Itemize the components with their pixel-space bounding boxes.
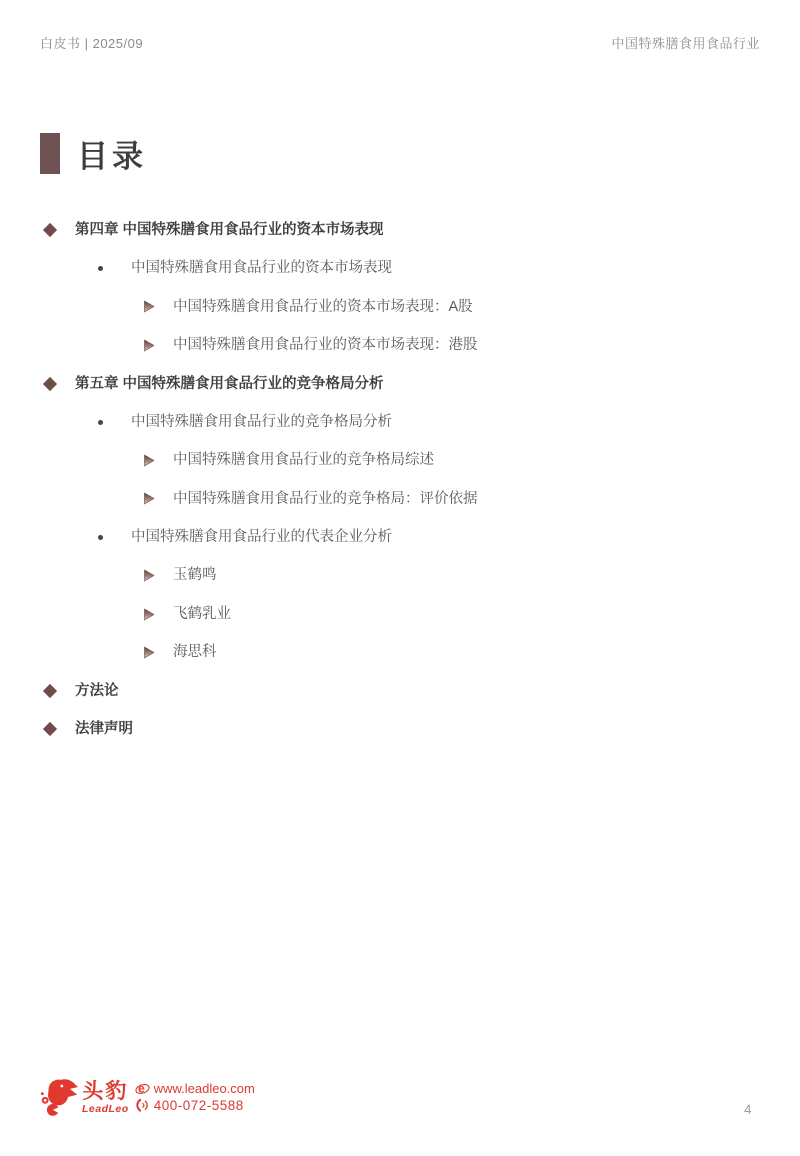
website-link[interactable]: www.leadleo.com bbox=[154, 1081, 255, 1096]
toc-item[interactable]: 中国特殊膳食用食品行业的资本市场表现：A股 bbox=[0, 288, 800, 326]
dot-bullet-icon bbox=[98, 266, 103, 271]
header-left-label: 白皮书 | 2025/09 bbox=[40, 33, 143, 52]
toc-item-label: 中国特殊膳食用食品行业的资本市场表现：港股 bbox=[173, 338, 478, 353]
toc-item[interactable]: 玉鹤鸣 bbox=[0, 557, 800, 595]
diamond-bullet-icon bbox=[43, 722, 57, 736]
page-title: 目录 bbox=[77, 131, 147, 176]
toc-title-block: 目录 bbox=[40, 131, 147, 176]
footer-brand-block: 头豹 LeadLeo e www.leadleo.com 400-072-558… bbox=[38, 1076, 255, 1118]
toc-item[interactable]: 中国特殊膳食用食品行业的资本市场表现 bbox=[0, 249, 800, 287]
toc-item-label: 中国特殊膳食用食品行业的竞争格局：评价依据 bbox=[173, 492, 478, 507]
table-of-contents: 第四章 中国特殊膳食用食品行业的资本市场表现 中国特殊膳食用食品行业的资本市场表… bbox=[0, 211, 800, 748]
toc-item-label: 中国特殊膳食用食品行业的代表企业分析 bbox=[131, 530, 392, 545]
header-right-label: 中国特殊膳食用食品行业 bbox=[611, 33, 760, 52]
toc-item-chapter4[interactable]: 第四章 中国特殊膳食用食品行业的资本市场表现 bbox=[0, 211, 800, 249]
diamond-bullet-icon bbox=[43, 223, 57, 237]
leadleo-leopard-logo-icon bbox=[38, 1076, 80, 1118]
toc-item-label: 中国特殊膳食用食品行业的竞争格局分析 bbox=[131, 415, 392, 430]
toc-item[interactable]: 飞鹤乳业 bbox=[0, 595, 800, 633]
toc-item-label: 飞鹤乳业 bbox=[173, 607, 231, 622]
document-page: 白皮书 | 2025/09 中国特殊膳食用食品行业 目录 第四章 中国特殊膳食用… bbox=[0, 0, 800, 1156]
footer-contact-block: e www.leadleo.com 400-072-5588 bbox=[135, 1081, 255, 1113]
arrow-bullet-icon bbox=[144, 608, 155, 621]
globe-e-icon: e bbox=[135, 1081, 150, 1096]
toc-item[interactable]: 海思科 bbox=[0, 633, 800, 671]
dot-bullet-icon bbox=[98, 420, 103, 425]
arrow-bullet-icon bbox=[144, 646, 155, 659]
toc-item-label: 第五章 中国特殊膳食用食品行业的竞争格局分析 bbox=[75, 377, 384, 392]
diamond-bullet-icon bbox=[43, 377, 57, 391]
title-marker-bar bbox=[40, 133, 60, 174]
toc-item[interactable]: 中国特殊膳食用食品行业的资本市场表现：港股 bbox=[0, 326, 800, 364]
toc-item-legal[interactable]: 法律声明 bbox=[0, 710, 800, 748]
brand-name: 头豹 bbox=[82, 1080, 128, 1103]
website-row: e www.leadleo.com bbox=[135, 1081, 255, 1096]
toc-item[interactable]: 中国特殊膳食用食品行业的竞争格局分析 bbox=[0, 403, 800, 441]
toc-item[interactable]: 中国特殊膳食用食品行业的代表企业分析 bbox=[0, 518, 800, 556]
toc-item-label: 中国特殊膳食用食品行业的资本市场表现：A股 bbox=[173, 300, 473, 315]
arrow-bullet-icon bbox=[144, 569, 155, 582]
arrow-bullet-icon bbox=[144, 339, 155, 352]
diamond-bullet-icon bbox=[43, 684, 57, 698]
toc-item-label: 第四章 中国特殊膳食用食品行业的资本市场表现 bbox=[75, 223, 384, 238]
toc-item-label: 中国特殊膳食用食品行业的竞争格局综述 bbox=[173, 453, 434, 468]
brand-name-block: 头豹 LeadLeo bbox=[82, 1076, 129, 1115]
page-number: 4 bbox=[744, 1102, 752, 1117]
phone-icon bbox=[135, 1098, 150, 1113]
phone-number: 400-072-5588 bbox=[154, 1098, 244, 1113]
arrow-bullet-icon bbox=[144, 300, 155, 313]
toc-item[interactable]: 中国特殊膳食用食品行业的竞争格局综述 bbox=[0, 441, 800, 479]
toc-item-label: 方法论 bbox=[75, 684, 119, 699]
page-header: 白皮书 | 2025/09 中国特殊膳食用食品行业 bbox=[40, 33, 760, 52]
phone-row: 400-072-5588 bbox=[135, 1098, 255, 1113]
toc-item-label: 中国特殊膳食用食品行业的资本市场表现 bbox=[131, 261, 392, 276]
toc-item-methodology[interactable]: 方法论 bbox=[0, 672, 800, 710]
arrow-bullet-icon bbox=[144, 492, 155, 505]
toc-item-chapter5[interactable]: 第五章 中国特殊膳食用食品行业的竞争格局分析 bbox=[0, 365, 800, 403]
toc-item[interactable]: 中国特殊膳食用食品行业的竞争格局：评价依据 bbox=[0, 480, 800, 518]
toc-item-label: 玉鹤鸣 bbox=[173, 568, 217, 583]
toc-item-label: 海思科 bbox=[173, 645, 217, 660]
brand-subname: LeadLeo bbox=[82, 1103, 129, 1115]
dot-bullet-icon bbox=[98, 535, 103, 540]
toc-item-label: 法律声明 bbox=[75, 722, 133, 737]
arrow-bullet-icon bbox=[144, 454, 155, 467]
